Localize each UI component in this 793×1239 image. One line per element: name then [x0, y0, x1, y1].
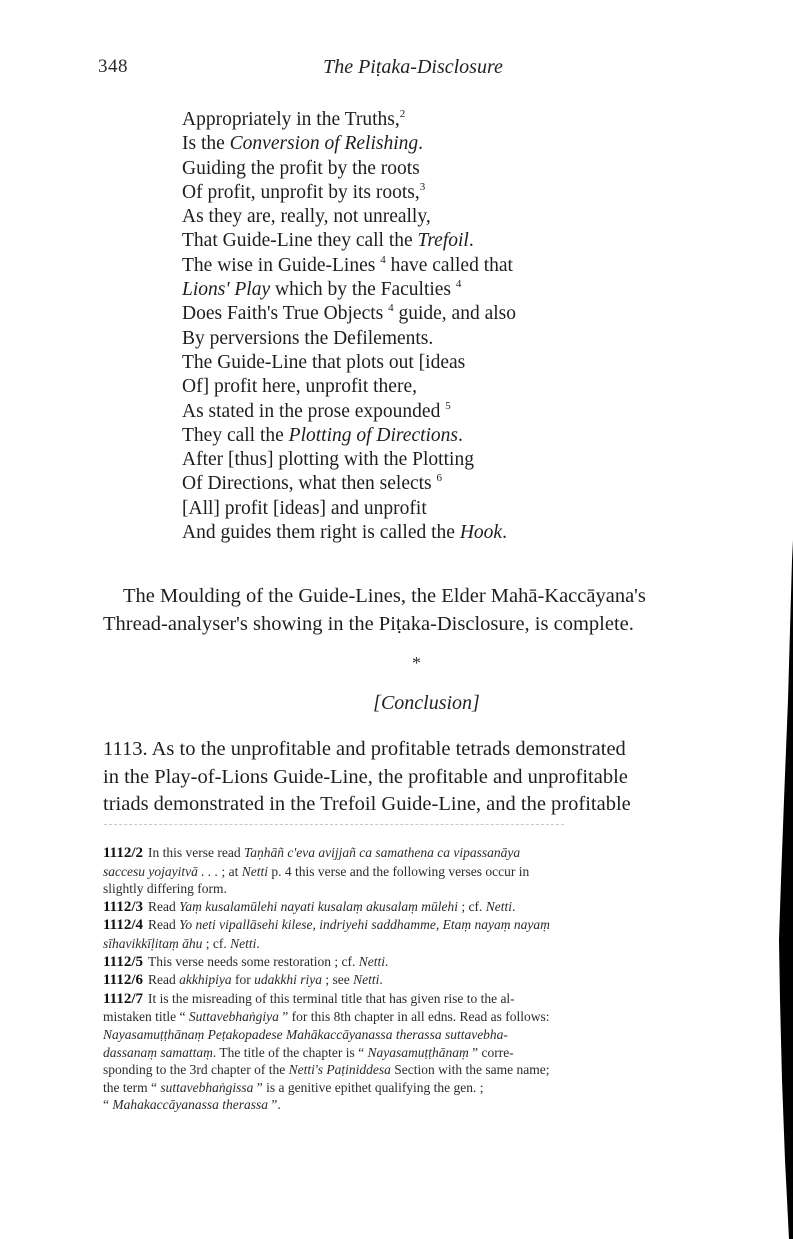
paragraph-line: in the Play-of-Lions Guide-Line, the pro… — [103, 764, 753, 792]
chapter-colophon: The Moulding of the Guide-Lines, the Eld… — [103, 582, 753, 638]
footnote-ref: 1112/5 — [103, 954, 143, 970]
footnote-rule — [104, 824, 564, 825]
colophon-line-1: The Moulding of the Guide-Lines, the Eld… — [103, 582, 753, 610]
footnotes: 1112/2In this verse read Taṇhāñ c'eva av… — [103, 844, 753, 1114]
verse-line: Is the Conversion of Relishing. — [182, 132, 602, 156]
paragraph-line: triads demonstrated in the Trefoil Guide… — [103, 791, 753, 819]
footnote-marker: 4 — [456, 278, 462, 290]
footnote: 1112/7It is the misreading of this termi… — [103, 990, 753, 1114]
verse-line: Does Faith's True Objects 4 guide, and a… — [182, 302, 602, 326]
verse-line: [All] profit [ideas] and unprofit — [182, 497, 602, 521]
verse-line: Of profit, unprofit by its roots,3 — [182, 181, 602, 205]
footnote-ref: 1112/4 — [103, 917, 143, 933]
footnote: 1112/5This verse needs some restoration … — [103, 953, 753, 972]
verse-line: Guiding the profit by the roots — [182, 157, 602, 181]
running-head: 348 The Piṭaka-Disclosure — [98, 56, 688, 80]
footnote-ref: 1112/3 — [103, 899, 143, 915]
verse-line: Lions' Play which by the Faculties 4 — [182, 278, 602, 302]
verse-line: The wise in Guide-Lines 4 have called th… — [182, 254, 602, 278]
verse-line: That Guide-Line they call the Trefoil. — [182, 229, 602, 253]
verse-line: After [thus] plotting with the Plotting — [182, 448, 602, 472]
footnote-marker: 3 — [420, 181, 426, 193]
footnote-ref: 1112/2 — [103, 845, 143, 861]
verse-line: By perversions the Defilements. — [182, 327, 602, 351]
footnote: 1112/3Read Yaṃ kusalamūlehi nayati kusal… — [103, 898, 753, 917]
footnote-marker: 2 — [400, 108, 406, 120]
verse-block: Appropriately in the Truths,2Is the Conv… — [182, 108, 602, 545]
footnote-marker: 4 — [380, 254, 386, 266]
book-page: 348 The Piṭaka-Disclosure Appropriately … — [0, 0, 793, 1239]
colophon-line-2: Thread-analyser's showing in the Piṭaka-… — [103, 610, 753, 638]
verse-line: And guides them right is called the Hook… — [182, 521, 602, 545]
paragraph-1113: 1113. As to the unprofitable and profita… — [103, 736, 753, 819]
footnote-ref: 1112/6 — [103, 972, 143, 988]
verse-line: Of Directions, what then selects 6 — [182, 472, 602, 496]
verse-line: The Guide-Line that plots out [ideas — [182, 351, 602, 375]
footnote-ref: 1112/7 — [103, 991, 143, 1007]
footnote: 1112/2In this verse read Taṇhāñ c'eva av… — [103, 844, 753, 898]
footnote-marker: 6 — [437, 472, 443, 484]
footnote-marker: 5 — [445, 400, 451, 412]
footnote: 1112/4Read Yo neti vipallāsehi kilese, i… — [103, 916, 753, 952]
paragraph-line: 1113. As to the unprofitable and profita… — [103, 736, 753, 764]
running-title: The Piṭaka-Disclosure — [98, 56, 688, 79]
footnote-marker: 4 — [388, 302, 394, 314]
verse-line: Of] profit here, unprofit there, — [182, 375, 602, 399]
verse-line: Appropriately in the Truths,2 — [182, 108, 602, 132]
footnote: 1112/6Read akkhipiya for udakkhi riya ; … — [103, 971, 753, 990]
section-heading: [Conclusion] — [0, 692, 793, 715]
verse-line: As they are, really, not unreally, — [182, 205, 602, 229]
asterism-divider: * — [0, 653, 793, 674]
verse-line: They call the Plotting of Directions. — [182, 424, 602, 448]
verse-line: As stated in the prose expounded 5 — [182, 400, 602, 424]
